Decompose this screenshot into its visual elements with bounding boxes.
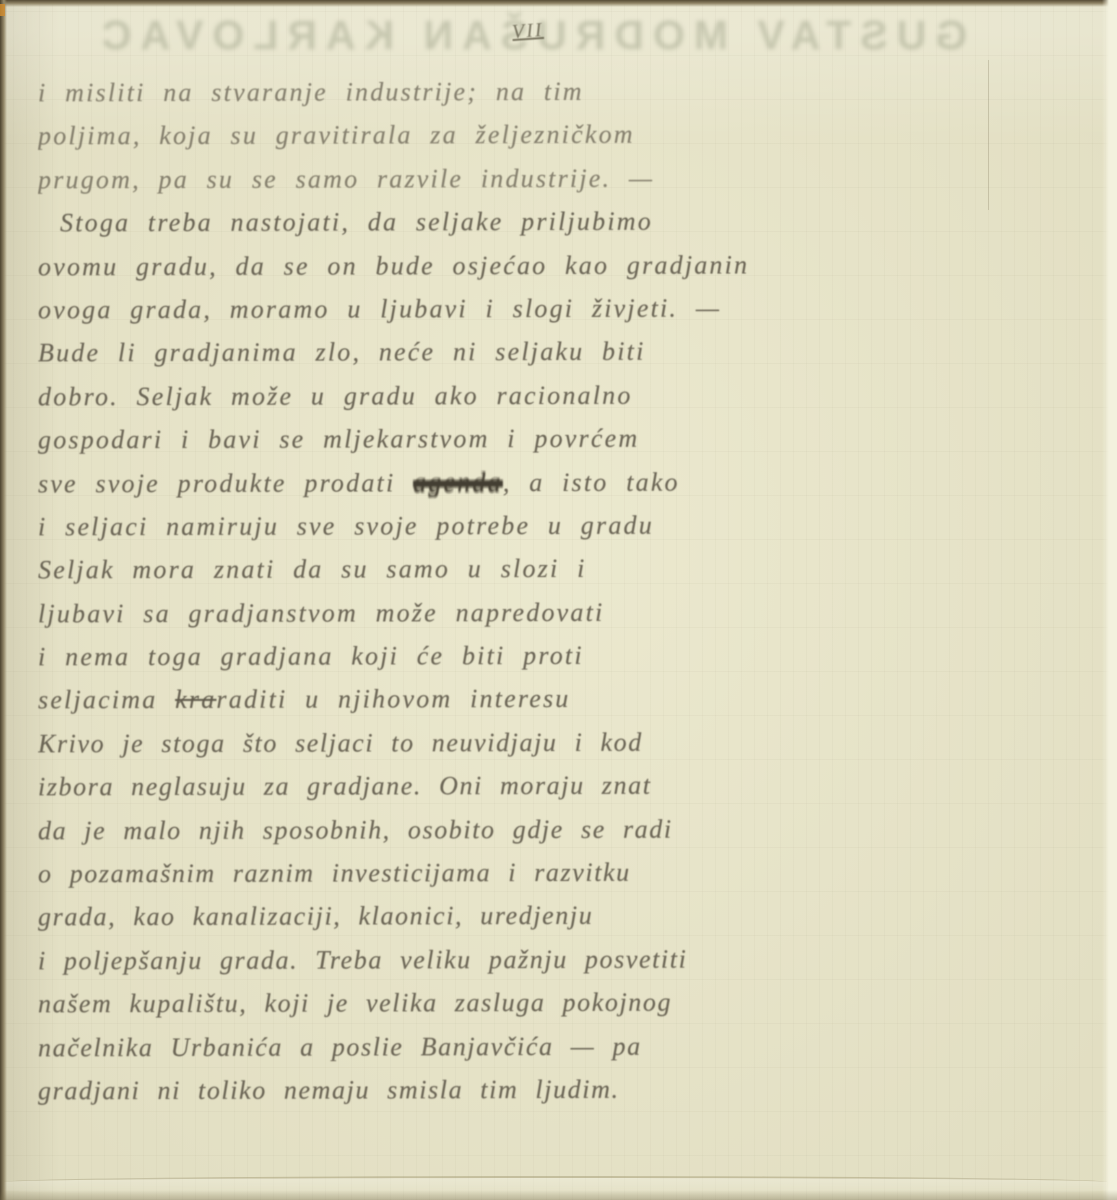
manuscript-line: Krivo je stoga što seljaci to neuvidjaju… <box>38 720 1069 766</box>
manuscript-paper: GUSTAV MODRUŠAN KARLOVAC VII i misliti n… <box>0 0 1117 1200</box>
page-edge-left <box>0 0 7 1200</box>
handwritten-text-block: i misliti na stvaranje industrije; na ti… <box>38 70 1069 1111</box>
manuscript-line: seljacima kraraditi u njihovom interesu <box>38 676 1069 722</box>
manuscript-text-segment: sve svoje produkte prodati <box>38 468 413 498</box>
manuscript-text-segment: ovomu gradu, da se on bude osjećao kao g… <box>38 250 749 281</box>
manuscript-line: ovoga grada, moramo u ljubavi i slogi ži… <box>38 286 1069 332</box>
manuscript-line: prugom, pa su se samo razvile industrije… <box>38 155 1069 201</box>
manuscript-line: ovomu gradu, da se on bude osjećao kao g… <box>38 242 1069 288</box>
manuscript-text-segment: i seljaci namiruju sve svoje potrebe u g… <box>38 511 654 542</box>
manuscript-line: izbora neglasuju za gradjane. Oni moraju… <box>38 763 1069 809</box>
manuscript-line: ljubavi sa gradjanstvom može napredovati <box>38 589 1069 635</box>
manuscript-text-segment: gospodari i bavi se mljekarstvom i povrć… <box>38 424 639 455</box>
manuscript-text-segment: ovoga grada, moramo u ljubavi i slogi ži… <box>38 294 721 325</box>
manuscript-line: dobro. Seljak može u gradu ako racionaln… <box>38 372 1069 418</box>
manuscript-text-segment: ljubavi sa gradjanstvom može napredovati <box>38 598 605 628</box>
manuscript-line: i nema toga gradjana koji će biti proti <box>38 633 1069 679</box>
manuscript-line: gradjani ni toliko nemaju smisla tim lju… <box>38 1067 1069 1113</box>
manuscript-text-segment: o pozamašnim raznim investicijama i razv… <box>38 858 631 889</box>
manuscript-line: i seljaci namiruju sve svoje potrebe u g… <box>38 503 1069 549</box>
page-number: VII <box>511 19 544 44</box>
manuscript-text-segment: gradjani ni toliko nemaju smisla tim lju… <box>38 1075 620 1106</box>
scanned-page: GUSTAV MODRUŠAN KARLOVAC VII i misliti n… <box>0 0 1117 1200</box>
manuscript-line: Bude li gradjanima zlo, neće ni seljaku … <box>38 329 1069 375</box>
crossed-out-word: agenda <box>413 468 503 497</box>
manuscript-text-segment: i nema toga gradjana koji će biti proti <box>38 641 584 671</box>
manuscript-text-segment: Stoga treba nastojati, da seljake prilju… <box>60 207 653 238</box>
manuscript-text-segment: našem kupalištu, koji je velika zasluga … <box>38 988 672 1019</box>
manuscript-line: i misliti na stvaranje industrije; na ti… <box>38 69 1069 115</box>
manuscript-text-segment: da je malo njih sposobnih, osobito gdje … <box>38 814 673 845</box>
manuscript-text-segment: grada, kao kanalizaciji, klaonici, uredj… <box>38 901 593 931</box>
manuscript-line: Seljak mora znati da su samo u slozi i <box>38 546 1069 592</box>
manuscript-line: gospodari i bavi se mljekarstvom i povrć… <box>38 416 1069 462</box>
crossed-out-word: kra <box>175 685 216 714</box>
manuscript-line: o pozamašnim raznim investicijama i razv… <box>38 850 1069 896</box>
manuscript-text-segment: , a isto tako <box>503 467 680 496</box>
corner-tear-mark <box>0 4 5 16</box>
page-edge-top <box>0 0 1117 7</box>
page-edge-right <box>1102 0 1117 1200</box>
page-edge-bottom <box>0 1190 1117 1200</box>
manuscript-text-segment: Seljak mora znati da su samo u slozi i <box>38 554 587 584</box>
manuscript-text-segment: Bude li gradjanima zlo, neće ni seljaku … <box>38 337 646 368</box>
manuscript-text-segment: Krivo je stoga što seljaci to neuvidjaju… <box>38 728 643 759</box>
manuscript-line: našem kupalištu, koji je velika zasluga … <box>38 980 1069 1026</box>
manuscript-line: da je malo njih sposobnih, osobito gdje … <box>38 806 1069 852</box>
manuscript-text-segment: prugom, pa su se samo razvile industrije… <box>38 164 654 195</box>
manuscript-line: i poljepšanju grada. Treba veliku pažnju… <box>38 936 1069 982</box>
margin-rule-line <box>988 60 989 210</box>
manuscript-line: sve svoje produkte prodati agenda, a ist… <box>38 459 1069 505</box>
manuscript-text-segment: načelnika Urbanića a poslie Banjavčića —… <box>38 1031 642 1062</box>
manuscript-text-segment: i poljepšanju grada. Treba veliku pažnju… <box>38 944 687 975</box>
manuscript-text-segment: raditi u njihovom interesu <box>216 684 570 714</box>
manuscript-text-segment: dobro. Seljak može u gradu ako racionaln… <box>38 381 633 412</box>
manuscript-text-segment: izbora neglasuju za gradjane. Oni moraju… <box>38 771 652 802</box>
manuscript-text-segment: seljacima <box>38 685 175 714</box>
manuscript-text-segment: poljima, koja su gravitirala za željezni… <box>38 120 635 151</box>
manuscript-line: poljima, koja su gravitirala za željezni… <box>38 112 1069 158</box>
manuscript-line: Stoga treba nastojati, da seljake prilju… <box>38 199 1069 245</box>
manuscript-text-segment: i misliti na stvaranje industrije; na ti… <box>38 77 584 107</box>
manuscript-line: načelnika Urbanića a poslie Banjavčića —… <box>38 1023 1069 1069</box>
manuscript-line: grada, kao kanalizaciji, klaonici, uredj… <box>38 893 1069 939</box>
